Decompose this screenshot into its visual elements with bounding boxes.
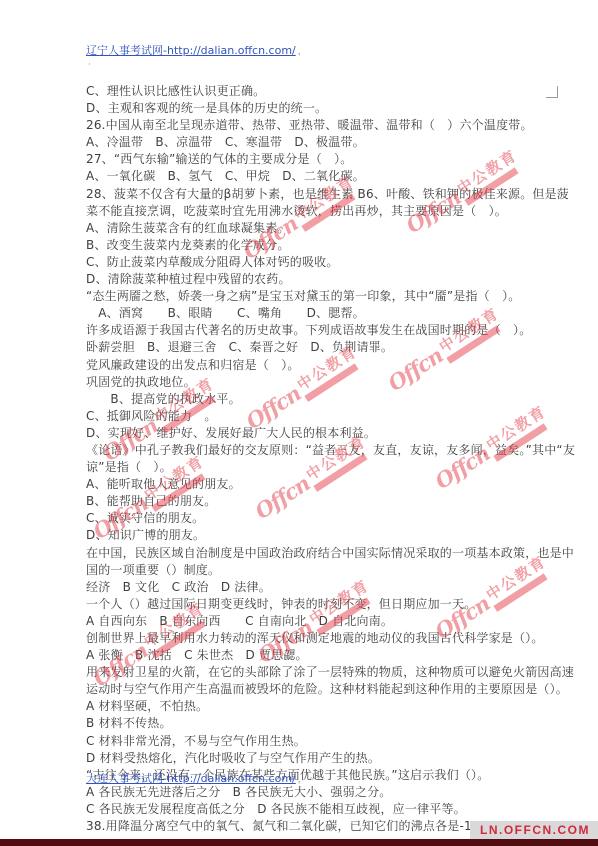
document-line: 卧薪尝胆 B、退避三舍 C、秦晋之好 D、负荆请罪。 <box>86 339 556 356</box>
document-line: A 材料坚硬，不怕热。 <box>86 698 556 715</box>
footer-site-label: 大连人事考试网 <box>86 772 163 785</box>
document-line: 巩固党的执政地位。 <box>86 374 556 391</box>
document-line: C、诚实守信的朋友。 <box>86 510 556 527</box>
document-line: C、抵御风险的能力 。 <box>86 408 556 425</box>
document-line: D、知识广博的朋友。 <box>86 527 556 544</box>
header-site-url: http://dalian.offcn.com/ <box>167 44 296 57</box>
document-line: “态生两靥之愁，娇袭一身之病”是宝玉对黛玉的第一印象，其中“靥”是指（ ）。 <box>86 288 556 305</box>
document-line: D、清除菠菜种植过程中残留的农药。 <box>86 271 556 288</box>
header-site-label: 辽宁人事考试网 <box>86 44 163 57</box>
document-line: 在中国，民族区域自治制度是中国政治政府结合中国实际情况采取的一项基本政策，也是中 <box>86 545 556 562</box>
offcn-domain-badge: LN.OFFCN.COM <box>470 821 598 839</box>
document-line: 菜不能直接烹调，吃菠菜时宜先用沸水烫软，捞出再炒，其主要原因是（ ）。 <box>86 203 556 220</box>
footer-site-link[interactable]: 大连人事考试网-http://dalian.offcn.com/ <box>86 772 296 785</box>
footer-paragraph-mark: ， <box>298 775 307 785</box>
document-line: 27、“西气东输”输送的气体的主要成分是（ ）。 <box>86 151 556 168</box>
document-line: A、清除生菠菜含有的红血球凝集素。 <box>86 220 556 237</box>
document-line: A 自西向东 B 自东向西 C 自南向北 D 自北向南。 <box>86 613 556 630</box>
document-line: D、实现好、维护好、发展好最广大人民的根本利益。 <box>86 425 556 442</box>
empty-paragraph-mark-top: · <box>88 60 91 70</box>
document-line: A 张衡 B 沈括 C 朱世杰 D 贾思勰。 <box>86 647 556 664</box>
document-line: 谅”是指（ ）。 <box>86 459 556 476</box>
document-line: 运动时与空气作用产生高温而被毁坏的危险。这种材料能起到这种作用的主要原因是（）。 <box>86 681 556 698</box>
document-line: C 材料非常光滑，不易与空气作用生热。 <box>86 733 556 750</box>
document-line: 26.中国从南至北呈现赤道带、热带、亚热带、暖温带、温带和（ ）六个温度带。 <box>86 117 556 134</box>
document-line: 经济 B 文化 C 政治 D 法律。 <box>86 579 556 596</box>
document-line: 《论语》中孔子教我们最好的交友原则：“益者三友，友直，友谅，友多闻，益矣。”其中… <box>86 442 556 459</box>
document-line: 创制世界上最早利用水力转动的浑天仪和测定地震的地动仪的我国古代科学家是（）。 <box>86 630 556 647</box>
document-line: B、能帮助自己的朋友。 <box>86 493 556 510</box>
document-line: 党风廉政建设的出发点和归宿是（ ）。 <box>86 357 556 374</box>
document-line: C 各民族无发展程度高低之分 D 各民族不能相互歧视，应一律平等。 <box>86 801 556 818</box>
document-line: 用来发射卫星的火箭，在它的头部除了涂了一层特殊的物质，这种物质可以避免火箭因高速 <box>86 664 556 681</box>
footer-site-url: http://dalian.offcn.com/ <box>167 772 296 785</box>
document-line: A、冷温带 B、凉温带 C、寒温带 D、极温带。 <box>86 134 556 151</box>
document-line: 国的一项重要（）制度。 <box>86 562 556 579</box>
document-line: C、防止菠菜内草酸成分阻碍人体对钙的吸收。 <box>86 254 556 271</box>
header-site-link-row: 辽宁人事考试网-http://dalian.offcn.com/， <box>86 44 307 59</box>
bottom-red-bar <box>0 839 598 846</box>
document-line: B、改变生菠菜内龙葵素的化学成分。 <box>86 237 556 254</box>
empty-paragraph-mark-bottom: · <box>88 789 91 799</box>
document-line: A、能听取他人意见的朋友。 <box>86 476 556 493</box>
footer-site-link-row: 大连人事考试网-http://dalian.offcn.com/， <box>86 772 307 787</box>
document-line: D 材料受热熔化，汽化时吸收了与空气作用产生的热。 <box>86 750 556 767</box>
document-line: 一个人（）越过国际日期变更线时，钟表的时刻不变，但日期应加一天。 <box>86 596 556 613</box>
header-site-link[interactable]: 辽宁人事考试网-http://dalian.offcn.com/ <box>86 44 296 57</box>
document-line: 28、菠菜不仅含有大量的β胡萝卜素，也是维生素 B6、叶酸、铁和钾的极佳来源。但… <box>86 186 556 203</box>
document-line: B 材料不传热。 <box>86 715 556 732</box>
document-line: B、提高党的执政水平。 <box>86 391 556 408</box>
header-paragraph-mark: ， <box>298 47 307 57</box>
document-line: A、一氧化碳 B、氢气 C、甲烷 D、二氧化碳。 <box>86 168 556 185</box>
document-page: 辽宁人事考试网-http://dalian.offcn.com/， · C、理性… <box>0 0 598 846</box>
document-line: 许多成语源于我国古代著名的历史故事。下列成语故事发生在战国时期的是（ ）。 <box>86 322 556 339</box>
document-line: A、酒窝 B、眼睛 C、嘴角 D、腮帮。 <box>86 305 556 322</box>
document-line: C、理性认识比感性认识更正确。 <box>86 83 556 100</box>
document-lines: C、理性认识比感性认识更正确。D、主观和客观的统一是具体的历史的统一。26.中国… <box>86 83 556 835</box>
document-line: D、主观和客观的统一是具体的历史的统一。 <box>86 100 556 117</box>
